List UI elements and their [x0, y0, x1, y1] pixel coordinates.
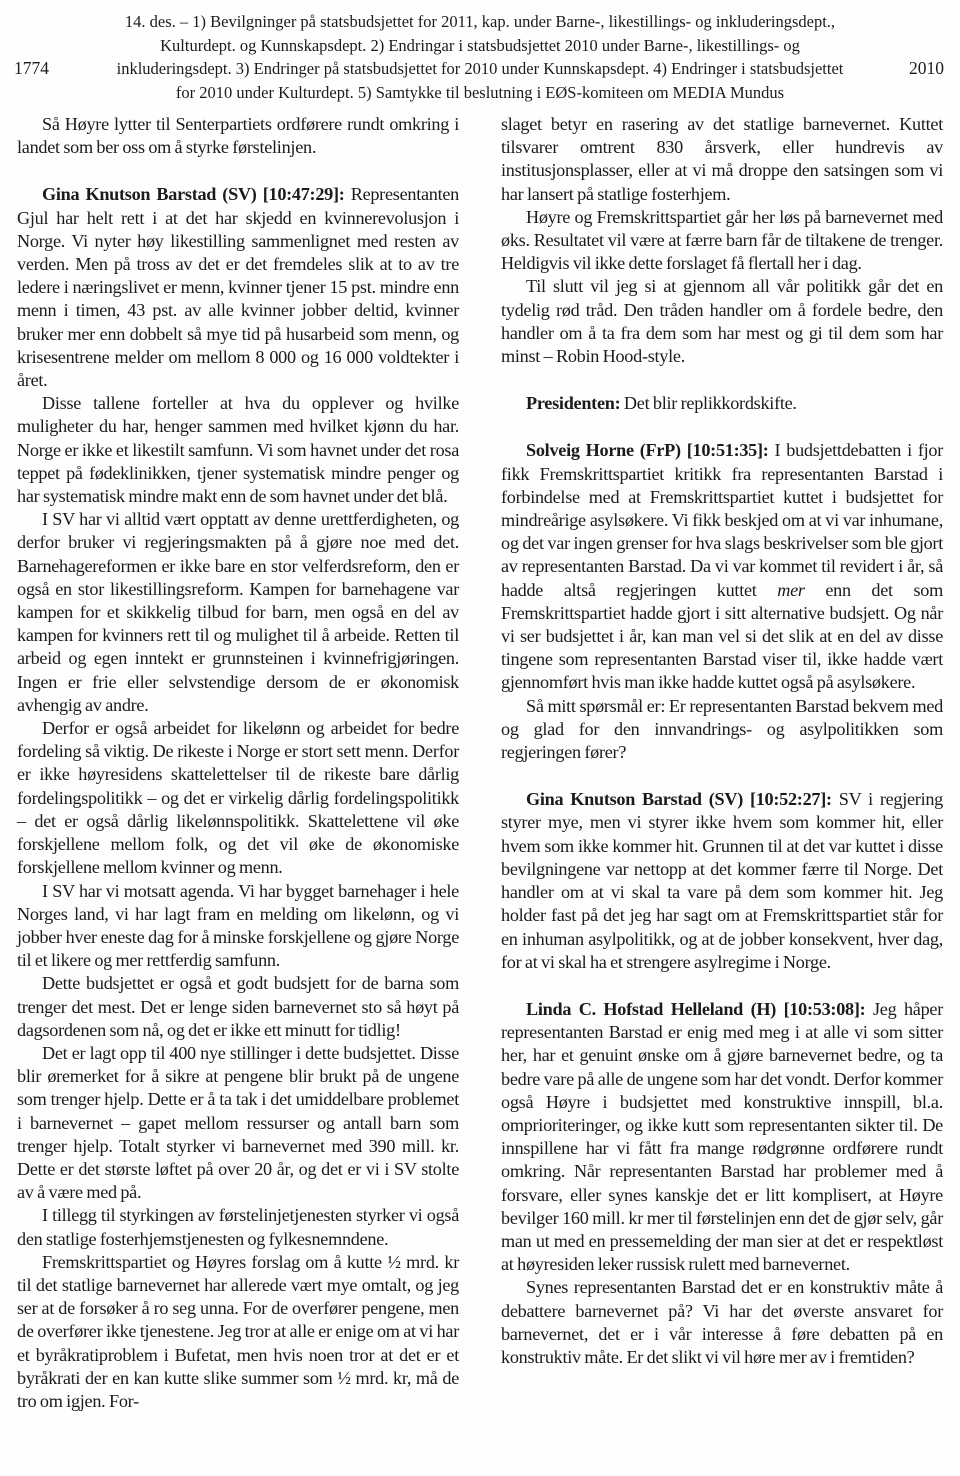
- speech-paragraph: Linda C. Hofstad Helleland (H) [10:53:08…: [501, 998, 943, 1276]
- paragraph: I tillegg til styrkingen av førstelinjet…: [17, 1204, 459, 1250]
- speech-text: Dette budsjettet er også et godt budsjet…: [17, 973, 459, 1039]
- speech-text: Det blir replikkordskifte.: [620, 393, 796, 413]
- speech-text: SV i regjering styrer mye, men vi styrer…: [501, 789, 943, 971]
- speech-text: I budsjettdebatten i fjor fikk Fremskrit…: [501, 440, 943, 599]
- speech-text: Fremskrittspartiet og Høyres forslag om …: [17, 1252, 459, 1411]
- speaker-label: Gina Knutson Barstad (SV) [10:52:27]:: [526, 789, 832, 809]
- running-header: 14. des. – 1) Bevilgninger på statsbudsj…: [0, 0, 960, 104]
- paragraph: Dette budsjettet er også et godt budsjet…: [17, 972, 459, 1042]
- speech-paragraph: Solveig Horne (FrP) [10:51:35]: I budsje…: [501, 439, 943, 694]
- paragraph: Så Høyre lytter til Senterpartiets ordfø…: [17, 113, 459, 159]
- paragraph: Så mitt spørsmål er: Er representanten B…: [501, 695, 943, 765]
- speaker-label: Solveig Horne (FrP) [10:51:35]:: [526, 440, 769, 460]
- speech-paragraph: Gina Knutson Barstad (SV) [10:47:29]: Re…: [17, 183, 459, 392]
- header-year: 2010: [909, 57, 944, 81]
- speech-paragraph: Presidenten: Det blir replikkordskifte.: [501, 392, 943, 415]
- page-number: 1774: [14, 57, 49, 81]
- speech-text: Jeg håper representanten Barstad er enig…: [501, 999, 943, 1274]
- speech-paragraph: Gina Knutson Barstad (SV) [10:52:27]: SV…: [501, 788, 943, 974]
- header-line: inkluderingsdept. 3) Endringer på statsb…: [110, 57, 850, 81]
- header-line: for 2010 under Kulturdept. 5) Samtykke t…: [110, 81, 850, 105]
- speaker-label: Gina Knutson Barstad (SV) [10:47:29]:: [42, 184, 345, 204]
- speaker-label: Linda C. Hofstad Helleland (H) [10:53:08…: [526, 999, 865, 1019]
- paragraph: slaget betyr en rasering av det statlige…: [501, 113, 943, 206]
- text-columns: Så Høyre lytter til Senterpartiets ordfø…: [0, 113, 960, 1473]
- paragraph: I SV har vi motsatt agenda. Vi har bygge…: [17, 880, 459, 973]
- speech-text: Derfor er også arbeidet for likelønn og …: [17, 718, 459, 877]
- paragraph: Disse tallene forteller at hva du opplev…: [17, 392, 459, 508]
- paragraph: I SV har vi alltid vært opptatt av denne…: [17, 508, 459, 717]
- emphasis-text: mer: [777, 580, 804, 600]
- document-page: 14. des. – 1) Bevilgninger på statsbudsj…: [0, 0, 960, 1476]
- paragraph: Det er lagt opp til 400 nye stillinger i…: [17, 1042, 459, 1204]
- speech-text: Representanten Gjul har helt rett i at d…: [17, 184, 459, 390]
- paragraph: Til slutt vil jeg si at gjennom all vår …: [501, 275, 943, 368]
- speech-text: slaget betyr en rasering av det statlige…: [501, 114, 943, 204]
- paragraph: Fremskrittspartiet og Høyres forslag om …: [17, 1251, 459, 1413]
- speech-text: I SV har vi alltid vært opptatt av denne…: [17, 509, 459, 715]
- speech-text: Det er lagt opp til 400 nye stillinger i…: [17, 1043, 459, 1202]
- speech-text: Disse tallene forteller at hva du opplev…: [17, 393, 459, 506]
- paragraph: Synes representanten Barstad det er en k…: [501, 1276, 943, 1369]
- speech-text: I tillegg til styrkingen av førstelinjet…: [17, 1205, 459, 1248]
- left-column: Så Høyre lytter til Senterpartiets ordfø…: [17, 113, 459, 1473]
- speech-text: Høyre og Fremskrittspartiet går her løs …: [501, 207, 943, 273]
- speech-text: I SV har vi motsatt agenda. Vi har bygge…: [17, 881, 459, 971]
- header-line: 14. des. – 1) Bevilgninger på statsbudsj…: [110, 10, 850, 34]
- speech-text: Så mitt spørsmål er: Er representanten B…: [501, 696, 943, 762]
- speech-text: Så Høyre lytter til Senterpartiets ordfø…: [17, 114, 459, 157]
- paragraph: Høyre og Fremskrittspartiet går her løs …: [501, 206, 943, 276]
- speech-text: Synes representanten Barstad det er en k…: [501, 1277, 943, 1367]
- header-line: Kulturdept. og Kunnskapsdept. 2) Endring…: [110, 34, 850, 58]
- speaker-label: Presidenten:: [526, 393, 620, 413]
- speech-text: Til slutt vil jeg si at gjennom all vår …: [501, 276, 943, 366]
- paragraph: Derfor er også arbeidet for likelønn og …: [17, 717, 459, 879]
- right-column: slaget betyr en rasering av det statlige…: [501, 113, 943, 1473]
